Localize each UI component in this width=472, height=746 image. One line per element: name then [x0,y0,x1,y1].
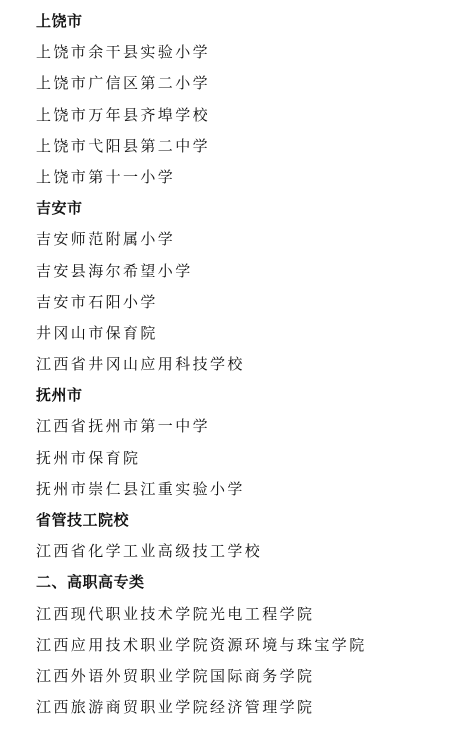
list-item: 江西省井冈山应用科技学校 [36,349,472,380]
group-heading: 抚州市 [36,380,472,411]
document-body: 上饶市 上饶市余干县实验小学 上饶市广信区第二小学 上饶市万年县齐埠学校 上饶市… [36,6,472,723]
list-item: 上饶市余干县实验小学 [36,37,472,68]
group-shangrao: 上饶市 上饶市余干县实验小学 上饶市广信区第二小学 上饶市万年县齐埠学校 上饶市… [36,6,472,193]
list-item: 上饶市万年县齐埠学校 [36,100,472,131]
list-item: 江西外语外贸职业学院国际商务学院 [36,661,472,692]
section-vocational-colleges: 二、高职高专类 江西现代职业技术学院光电工程学院 江西应用技术职业学院资源环境与… [36,567,472,723]
group-heading: 省管技工院校 [36,505,472,536]
section-heading: 二、高职高专类 [36,567,472,598]
group-jian: 吉安市 吉安师范附属小学 吉安县海尔希望小学 吉安市石阳小学 井冈山市保育院 江… [36,193,472,380]
list-item: 吉安师范附属小学 [36,224,472,255]
list-item: 吉安县海尔希望小学 [36,256,472,287]
list-item: 抚州市保育院 [36,443,472,474]
list-item: 上饶市第十一小学 [36,162,472,193]
list-item: 江西旅游商贸职业学院经济管理学院 [36,692,472,723]
group-provincial-technical-schools: 省管技工院校 江西省化学工业高级技工学校 [36,505,472,567]
group-heading: 吉安市 [36,193,472,224]
list-item: 江西省抚州市第一中学 [36,411,472,442]
list-item: 江西应用技术职业学院资源环境与珠宝学院 [36,630,472,661]
list-item: 抚州市崇仁县江重实验小学 [36,474,472,505]
list-item: 江西现代职业技术学院光电工程学院 [36,599,472,630]
group-fuzhou: 抚州市 江西省抚州市第一中学 抚州市保育院 抚州市崇仁县江重实验小学 [36,380,472,505]
list-item: 上饶市弋阳县第二中学 [36,131,472,162]
list-item: 吉安市石阳小学 [36,287,472,318]
list-item: 江西省化学工业高级技工学校 [36,536,472,567]
list-item: 上饶市广信区第二小学 [36,68,472,99]
group-heading: 上饶市 [36,6,472,37]
list-item: 井冈山市保育院 [36,318,472,349]
